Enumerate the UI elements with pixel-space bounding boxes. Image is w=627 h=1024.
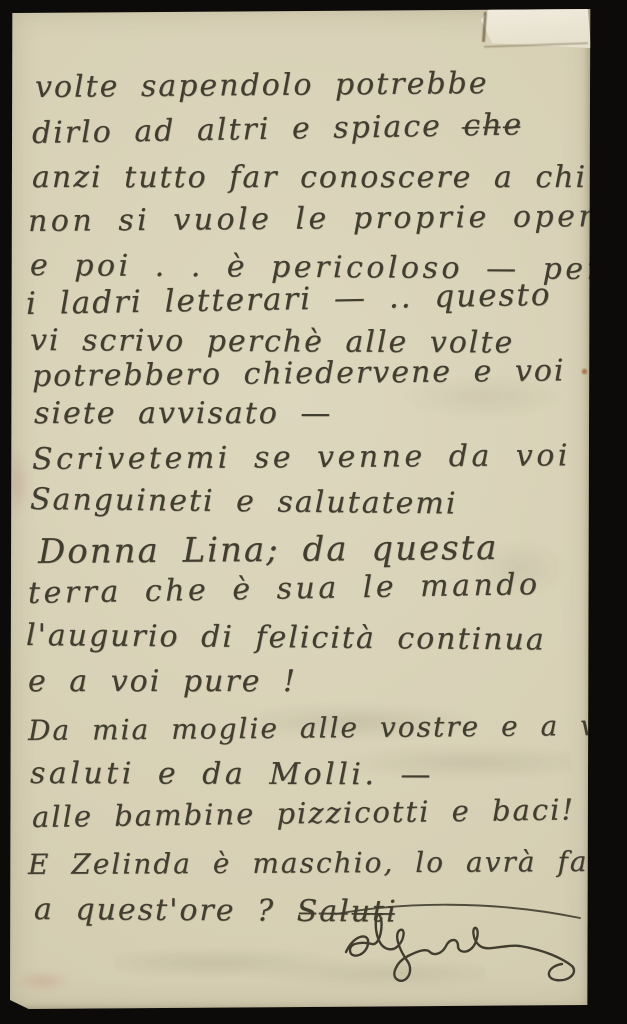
- handwritten-line: i ladri letterari — .. questo: [26, 277, 552, 322]
- handwritten-line: e a voi pure !: [28, 664, 297, 699]
- paper-stain: [14, 970, 72, 992]
- handwritten-line: Scrivetemi se venne da voi: [32, 438, 571, 477]
- handwritten-line: siete avvisato —: [34, 396, 332, 431]
- handwritten-line: alle bambine pizzicotti e baci!: [32, 792, 575, 834]
- handwritten-line: Da mia moglie alle vostre e a voi: [28, 709, 627, 747]
- paper-stain: [4, 448, 30, 518]
- handwritten-line: terra che è sua le mando: [28, 567, 541, 611]
- photo-background: volte sapendolo potrebbe dirlo ad altri …: [0, 0, 627, 1024]
- handwritten-line: E Zelinda è maschio, lo avrà fatto: [28, 845, 627, 881]
- handwritten-line: saluti e da Molli. —: [30, 756, 434, 792]
- handwritten-line: l'augurio di felicità continua: [26, 618, 546, 658]
- handwritten-line: anzi tutto far conoscere a chi ..: [32, 160, 627, 195]
- handwritten-line: potrebbero chiedervene e voi: [32, 353, 566, 394]
- paper-stain: [581, 368, 588, 375]
- letter-page: volte sapendolo potrebbe dirlo ad altri …: [10, 8, 592, 1010]
- handwritten-line: dirlo ad altri e spiace c̶h̶e̶: [32, 107, 524, 151]
- handwritten-line: volte sapendolo potrebbe: [35, 66, 489, 105]
- signature-flourish: [332, 898, 588, 998]
- handwritten-line: Sanguineti e salutatemi: [30, 482, 458, 521]
- handwritten-line: Donna Lina; da questa: [38, 528, 499, 572]
- handwritten-line: non si vuole le proprie opere: [28, 199, 618, 239]
